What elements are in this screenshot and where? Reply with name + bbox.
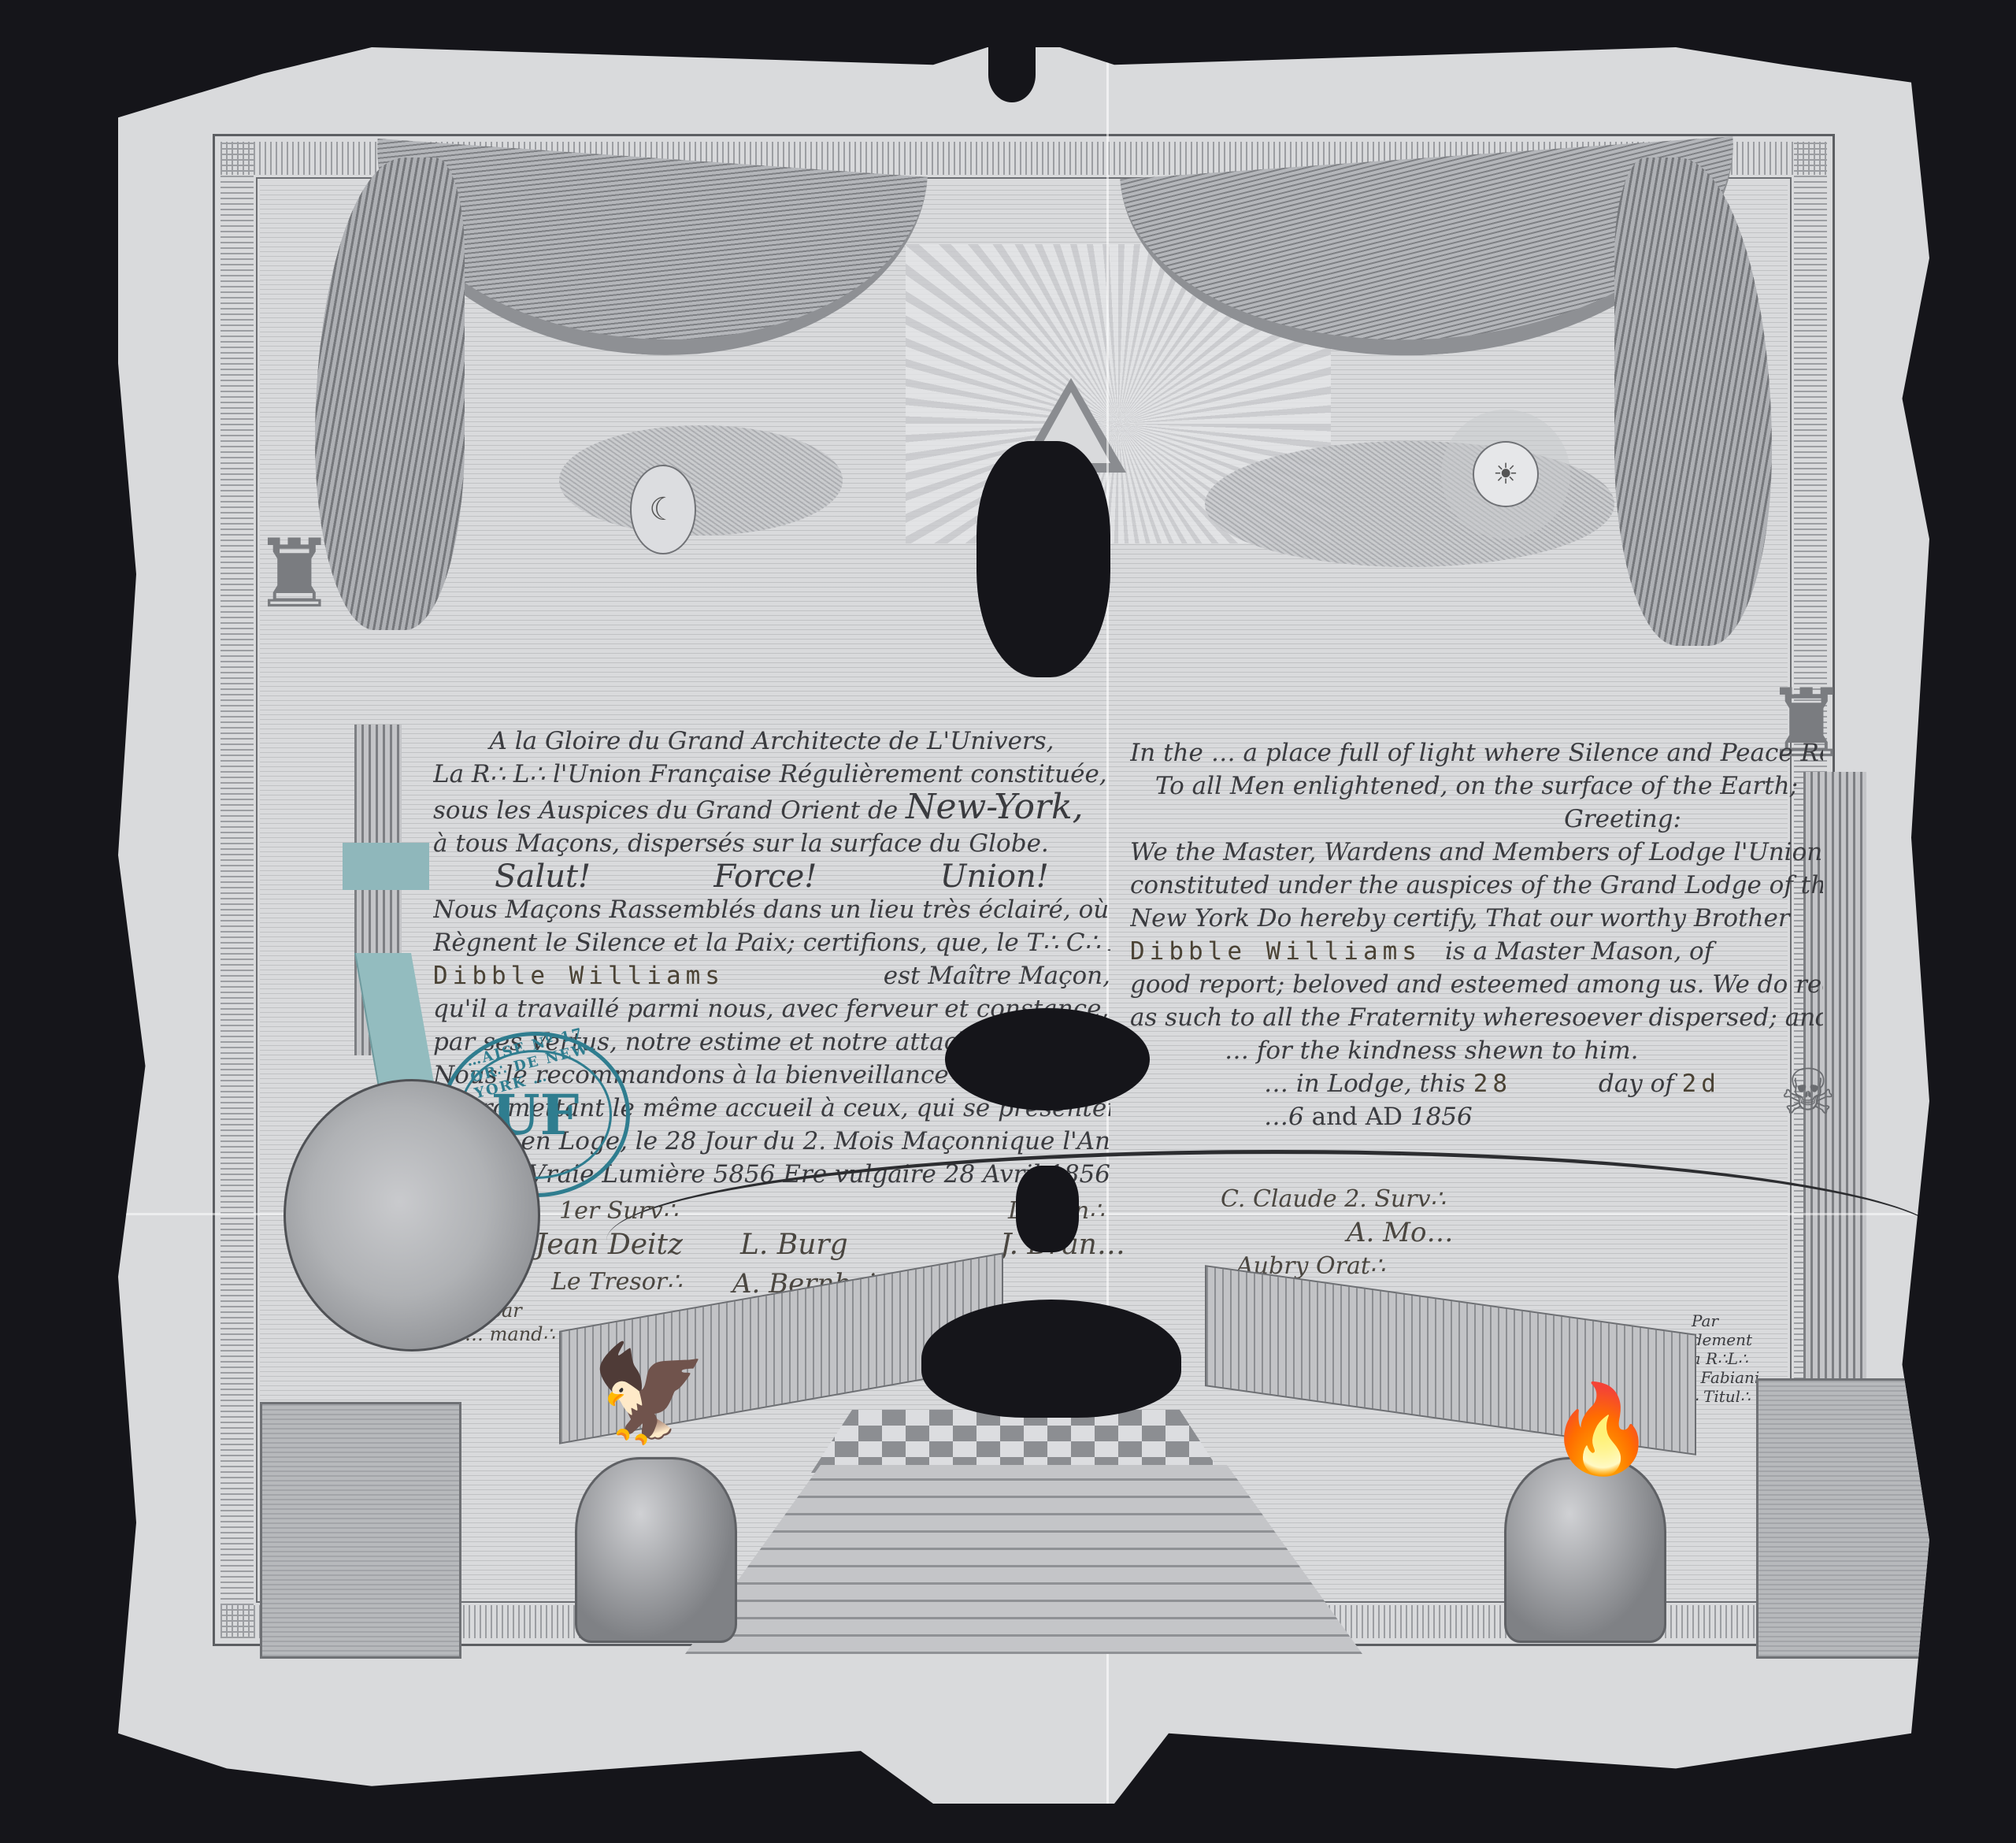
en-line-7: good report; beloved and esteemed among … (1130, 968, 1823, 1001)
en-line-8: as such to all the Fraternity wheresoeve… (1130, 1001, 1823, 1034)
en-month: 2d (1682, 1070, 1721, 1098)
pewter-seal (283, 1079, 540, 1352)
fr-line-3: sous les Auspices du Grand Orient de (433, 796, 898, 825)
en-member-name: Dibble Williams (1130, 935, 1421, 968)
en-year-masonic: …6 (1264, 1103, 1304, 1131)
sig-first-warden: Jean Deitz (535, 1229, 683, 1261)
fr-line-6: Règnent le Silence et la Paix; certifion… (433, 926, 1110, 959)
fr-line-1: A la Gloire du Grand Architecte de L'Uni… (433, 725, 1110, 758)
sig-first-warden-label: 1er Surv∴ (559, 1197, 678, 1225)
sun-face-icon: ☀ (1473, 441, 1539, 507)
en-line-10: … in Lodge, this (1264, 1070, 1466, 1098)
en-line-9: … for the kindness shewn to him. (1130, 1034, 1823, 1067)
moon-face-icon: ☾ (630, 465, 696, 554)
en-line-5: New York Do hereby certify, That our wor… (1130, 902, 1823, 935)
cloud (559, 425, 843, 536)
en-greeting: Greeting: (1130, 803, 1823, 836)
pedestal-left (260, 1402, 461, 1659)
cloud (1205, 441, 1614, 567)
en-line-1: In the … a place full of light where Sil… (1130, 736, 1823, 769)
fr-line-5: Nous Maçons Rassemblés dans un lieu très… (433, 893, 1110, 926)
motto-force: Force! (713, 860, 817, 893)
torn-notch-top (988, 47, 1036, 102)
altar-left (575, 1457, 737, 1643)
sig-orator: A. Mo… (1347, 1217, 1453, 1248)
fr-city: New-York, (906, 791, 1084, 827)
motto-union: Union! (940, 860, 1049, 893)
fr-line-4: à tous Maçons, dispersés sur la surface … (433, 827, 1110, 860)
english-text-block: In the … a place full of light where Sil… (1130, 736, 1823, 1133)
en-line-4: constituted under the auspices of the Gr… (1130, 869, 1823, 902)
torn-hole-middle (945, 1008, 1150, 1111)
altar-right (1504, 1457, 1666, 1643)
sig-secretary: L. Burg (740, 1229, 848, 1261)
torn-hole-small (1016, 1166, 1079, 1252)
en-day-of: day of (1520, 1070, 1674, 1098)
flame-icon: 🔥 (1547, 1378, 1655, 1480)
motto-salut: Salut! (495, 860, 591, 893)
fr-line-2: La R∴ L∴ l'Union Française Régulièrement… (433, 758, 1110, 791)
en-day: 28 (1473, 1070, 1512, 1098)
blue-ribbon-top (343, 843, 429, 890)
torn-hole-lower (921, 1300, 1181, 1418)
fr-motto: Salut! Force! Union! (433, 860, 1110, 893)
sig-treasurer-label: Le Tresor∴ (551, 1268, 682, 1296)
eagle-icon: 🦅 (591, 1339, 708, 1449)
sig-second-warden: C. Claude 2. Surv∴ (1221, 1185, 1446, 1213)
en-line-2: To all Men enlightened, on the surface o… (1130, 769, 1823, 803)
en-year: 1856 (1410, 1103, 1473, 1131)
ne-varietur-label: NE VARIETUR (1929, 1437, 1984, 1591)
en-line-3: We the Master, Wardens and Members of Lo… (1130, 836, 1823, 869)
statue-left-icon: ♜ (252, 520, 337, 629)
fr-member-name: Dibble Williams (433, 959, 724, 992)
certificate-paper: ☾ ☀ ♜ ♜ ☠ A la Gloire du Grand Architect… (118, 47, 1929, 1804)
en-ad-label: and AD (1312, 1103, 1403, 1131)
torn-hole-upper (976, 441, 1110, 677)
checkered-floor (811, 1410, 1221, 1473)
pedestal-right (1756, 1378, 1966, 1659)
en-line-6: is a Master Mason, of (1445, 935, 1713, 968)
fr-line-7: est Maître Maçon, (884, 959, 1110, 992)
